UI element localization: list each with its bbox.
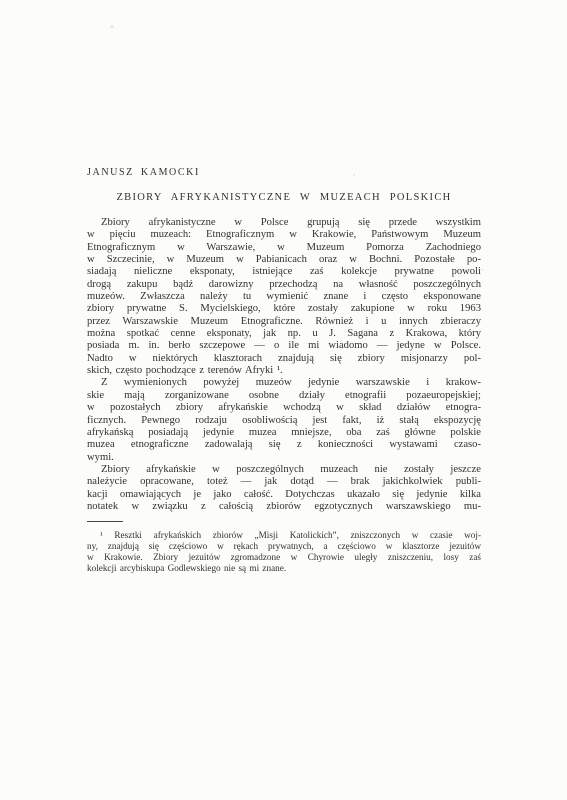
text-line: należycie opracowane, toteż — jak dotąd … [87,476,481,488]
scanned-page: JANUSZ KAMOCKI ZBIORY AFRYKANISTYCZNE W … [0,0,567,800]
text-line: w pięciu muzeach: Etnograficznym w Krako… [87,229,481,241]
text-line: kolekcji arcybiskupa Godlewskiego nie są… [87,563,481,574]
text-line: notatek w związku z całością zbiorów egz… [87,501,481,513]
text-line: muzea etnograficzne zadowalają się z kon… [87,439,481,451]
text-line: muzeów. Zwłaszcza należy tu wymienić zna… [87,291,481,303]
article-title: ZBIORY AFRYKANISTYCZNE W MUZEACH POLSKIC… [87,192,481,203]
scan-speck [481,269,483,271]
text-line: w Krakowie. Zbiory jezuitów zgromadzone … [87,552,481,563]
text-line: w Szczecinie, w Muzeum w Pabianicach ora… [87,254,481,266]
text-line: przez Warszawskie Muzeum Etnograficzne. … [87,316,481,328]
text-line: Etnograficznym w Warszawie, w Muzeum Pom… [87,242,481,254]
text-line: drogą zakupu bądź darowizny przechodzą n… [87,279,481,291]
page-content: JANUSZ KAMOCKI ZBIORY AFRYKANISTYCZNE W … [87,167,481,573]
footnote-separator [87,521,123,522]
text-line: w pozostałych zbiory afrykańskie wchodzą… [87,402,481,414]
text-line: ny, znajdują się częściowo w rękach pryw… [87,541,481,552]
text-line: Zbiory afrykańskie w poszczególnych muze… [87,464,481,476]
text-line: kacji omawiających je jako całość. Dotyc… [87,489,481,501]
scan-speck [110,25,114,28]
text-line: wymi. [87,452,481,464]
text-line: zbiory prywatne S. Mycielskiego, które z… [87,303,481,315]
text-line: można spotkać cenne eksponaty, jak np. u… [87,328,481,340]
article-body: Zbiory afrykanistyczne w Polsce grupują … [87,217,481,513]
text-line: skie mają zorganizowane osobne działy et… [87,390,481,402]
author-name: JANUSZ KAMOCKI [87,167,481,178]
text-line: Nadto w niektórych klasztorach znajdują … [87,353,481,365]
text-line: skich, często pochodzące z terenów Afryk… [87,365,481,377]
text-line: posiada m. in. berło szczepowe — o ile m… [87,340,481,352]
text-line: Zbiory afrykanistyczne w Polsce grupują … [87,217,481,229]
footnote: ¹ Resztki afrykańskich zbiorów „Misji Ka… [87,530,481,573]
text-line: afrykańską posiadają jedynie muzea mniej… [87,427,481,439]
text-line: ¹ Resztki afrykańskich zbiorów „Misji Ka… [87,530,481,541]
text-line: ficznych. Pewnego rodzaju osobliwością j… [87,415,481,427]
text-line: siadają nieliczne eksponaty, istniejące … [87,266,481,278]
text-line: Z wymienionych powyżej muzeów jedynie wa… [87,377,481,389]
